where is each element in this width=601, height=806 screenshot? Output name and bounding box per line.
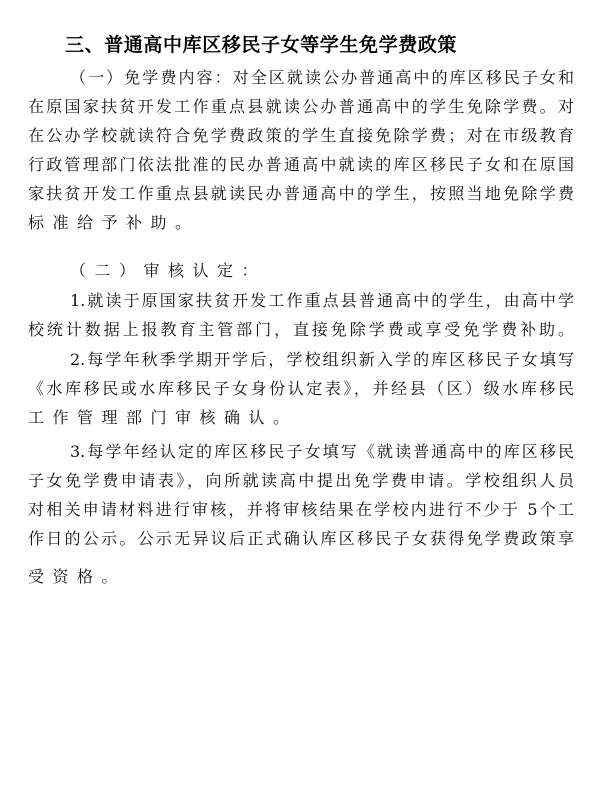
- text-line: 3.每学年经认定的库区移民子女填写《就读普通高中的库区移民: [70, 440, 574, 464]
- text-line: 2.每学年秋季学期开学后，学校组织新入学的库区移民子女填写: [70, 348, 574, 372]
- text-line: 校统计数据上报教育主管部门，直接免除学费或享受免学费补助。: [28, 318, 574, 342]
- text-line: 子女免学费申请表》，向所就读高中提出免学费申请。学校组织人员: [28, 469, 574, 493]
- text-line: 家扶贫开发工作重点县就读民办普通高中的学生，按照当地免除学费: [28, 182, 574, 206]
- text-line: 《水库移民或水库移民子女身份认定表》，并经县（区）级水库移民: [28, 377, 574, 401]
- document-page: 三、普通高中库区移民子女等学生免学费政策 （一）免学费内容：对全区就读公办普通高…: [0, 0, 601, 806]
- text-line: 受资格。: [28, 565, 574, 589]
- subsection-heading: （二）审核认定：: [70, 259, 574, 283]
- text-line: 1.就读于原国家扶贫开发工作重点县普通高中的学生，由高中学: [70, 289, 574, 313]
- text-line: 工作管理部门审核确认。: [28, 406, 574, 430]
- text-line: 在公办学校就读符合免学费政策的学生直接免除学费；对在市级教育: [28, 124, 574, 148]
- text-line: 标准给予补助。: [28, 211, 574, 235]
- text-line: （一）免学费内容：对全区就读公办普通高中的库区移民子女和: [70, 66, 574, 90]
- text-line: 行政管理部门依法批准的民办普通高中就读的库区移民子女和在原国: [28, 153, 574, 177]
- text-line: 对相关申请材料进行审核，并将审核结果在学校内进行不少于 5个工: [28, 498, 574, 522]
- text-line: 在原国家扶贫开发工作重点县就读公办普通高中的学生免除学费。对: [28, 95, 574, 119]
- section-title: 三、普通高中库区移民子女等学生免学费政策: [65, 33, 457, 57]
- text-line: 作日的公示。公示无异议后正式确认库区移民子女获得免学费政策享: [28, 527, 574, 551]
